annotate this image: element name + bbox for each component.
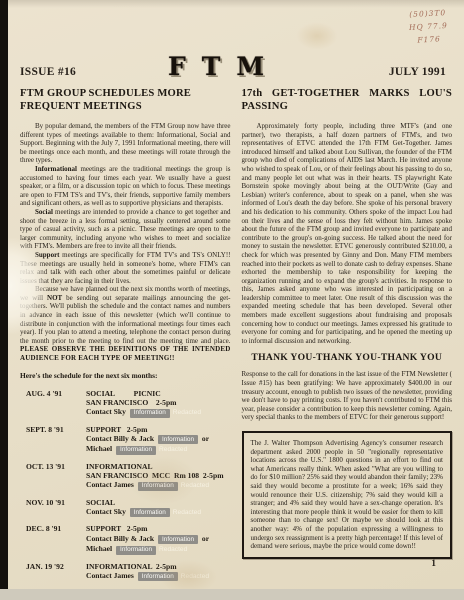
schedule-row-jan: JAN. 19 '92 INFORMATIONAL 2-5pm Contact … <box>26 562 231 582</box>
schedule-date: OCT. 13 '91 <box>26 462 86 491</box>
schedule-type: SOCIAL PICNIC <box>86 389 231 398</box>
bold-caps-warning: PLEASE OBSERVE THE DEFINITIONS OF THE IN… <box>20 345 231 362</box>
masthead: ISSUE #16 FTM JULY 1991 <box>8 0 464 81</box>
schedule-row-nov: NOV. 10 '91 SOCIAL Contact Sky Informati… <box>26 498 231 518</box>
paragraph-text: be sending out separate mailings announc… <box>20 294 231 345</box>
left-headline: FTM GROUP SCHEDULES MORE FREQUENT MEETIN… <box>20 88 231 113</box>
redacted-label: Redacted <box>173 509 201 516</box>
issue-date: JULY 1991 <box>294 66 446 78</box>
survey-note-box: The J. Walter Thompson Advertising Agenc… <box>242 431 453 559</box>
schedule-date: DEC. 8 '91 <box>26 524 86 554</box>
schedule-date: JAN. 19 '92 <box>26 562 86 582</box>
schedule-row-oct: OCT. 13 '91 INFORMATIONAL SAN FRANCISCO … <box>26 462 231 491</box>
paragraph-get-together-report: Approximately forty people, including th… <box>242 122 453 345</box>
schedule-type: INFORMATIONAL <box>86 462 231 471</box>
issue-number: ISSUE #16 <box>20 66 172 78</box>
schedule-location: SAN FRANCISCO MCC Rm 108 2-5pm <box>86 471 231 480</box>
redacted-label: Redacted <box>181 482 209 489</box>
survey-note-text: The J. Walter Thompson Advertising Agenc… <box>251 439 444 551</box>
redaction-chip: Information <box>116 546 156 555</box>
redaction-chip: Information <box>130 508 170 517</box>
contact-name: Michael <box>86 544 114 553</box>
schedule-contact: Contact Sky InformationRedacted <box>86 407 231 418</box>
contact-name: Contact James <box>86 571 136 580</box>
paragraph-meetings-intro: By popular demand, the members of the FT… <box>20 122 231 165</box>
redaction-chip: Information <box>138 572 178 581</box>
bold-lead: Social <box>35 208 53 216</box>
newsletter-page: (50)3T0 HQ 77.9 F176 ISSUE #16 FTM JULY … <box>8 0 464 589</box>
thank-you-heading: THANK YOU-THANK YOU-THANK YOU <box>242 352 453 363</box>
schedule-contact: Contact James InformationRedacted <box>86 571 231 582</box>
schedule-type: INFORMATIONAL 2-5pm <box>86 562 231 571</box>
bold-lead: Support <box>35 251 60 259</box>
schedule-date: NOV. 10 '91 <box>26 498 86 518</box>
paragraph-text: By popular demand, the members of the FT… <box>20 122 231 164</box>
paragraph-schedule-notice: Because we have planned out the next six… <box>20 285 231 362</box>
contact-joiner: or <box>200 434 209 443</box>
call-number-line: HQ 77.9 <box>409 19 448 34</box>
redaction-chip: Information <box>158 535 198 544</box>
redaction-chip: Information <box>130 409 170 418</box>
ftm-logo: FTM <box>158 52 280 81</box>
schedule-date: SEPT. 8 '91 <box>26 425 86 455</box>
page-number: 1 <box>431 559 436 569</box>
schedule-contact: Michael InformationRedacted <box>86 544 231 555</box>
schedule-type: SUPPORT 2-5pm <box>86 524 231 533</box>
redacted-label: Redacted <box>181 573 209 580</box>
schedule-intro: Here's the schedule for the next six mon… <box>20 371 231 380</box>
schedule-contact: Contact Sky InformationRedacted <box>86 507 231 518</box>
paragraph-social: Social meetings are intended to provide … <box>20 208 231 251</box>
redacted-label: Redacted <box>159 546 187 553</box>
contact-joiner: or <box>200 534 209 543</box>
paragraph-informational: Informational meetings are the tradition… <box>20 165 231 208</box>
page-columns: FTM GROUP SCHEDULES MORE FREQUENT MEETIN… <box>8 81 464 589</box>
schedule-date: AUG. 4 '91 <box>26 389 86 418</box>
redacted-label: Redacted <box>173 409 201 416</box>
call-number-line: F176 <box>410 32 449 47</box>
scan-edge-bottom <box>0 589 464 600</box>
schedule-contact: Contact Billy & Jack Information or <box>86 534 231 545</box>
paragraph-support: Support meetings are specifically for FT… <box>20 251 231 285</box>
left-column: FTM GROUP SCHEDULES MORE FREQUENT MEETIN… <box>20 88 231 589</box>
bold-lead: Informational <box>35 165 77 173</box>
redacted-label: Redacted <box>159 446 187 453</box>
contact-name: Contact Sky <box>86 507 128 516</box>
schedule-list: AUG. 4 '91 SOCIAL PICNIC SAN FRANCISCO 2… <box>20 389 231 582</box>
schedule-contact: Contact Billy & Jack Information or <box>86 434 231 445</box>
schedule-row-dec: DEC. 8 '91 SUPPORT 2-5pm Contact Billy &… <box>26 524 231 554</box>
redaction-chip: Information <box>138 482 178 491</box>
schedule-location: SAN FRANCISCO 2-5pm <box>86 398 231 407</box>
schedule-row-aug: AUG. 4 '91 SOCIAL PICNIC SAN FRANCISCO 2… <box>26 389 231 418</box>
contact-name: Contact Sky <box>86 407 128 416</box>
redaction-chip: Information <box>158 435 198 444</box>
right-column: 17th GET-TOGETHER MARKS LOU'S PASSING Ap… <box>242 88 453 589</box>
schedule-contact: Michael InformationRedacted <box>86 444 231 455</box>
scan-edge-left <box>0 0 8 589</box>
contact-name: Contact Billy & Jack <box>86 434 156 443</box>
contact-name: Michael <box>86 444 114 453</box>
schedule-contact: Contact James InformationRedacted <box>86 480 231 491</box>
contact-name: Contact James <box>86 480 136 489</box>
bold-not: NOT <box>47 294 62 302</box>
schedule-type: SOCIAL <box>86 498 231 507</box>
handwritten-call-number: (50)3T0 HQ 77.9 F176 <box>408 6 449 47</box>
schedule-type: SUPPORT 2-5pm <box>86 425 231 434</box>
schedule-row-sept: SEPT. 8 '91 SUPPORT 2-5pm Contact Billy … <box>26 425 231 455</box>
right-headline: 17th GET-TOGETHER MARKS LOU'S PASSING <box>242 88 453 113</box>
redaction-chip: Information <box>116 446 156 455</box>
contact-name: Contact Billy & Jack <box>86 534 156 543</box>
paragraph-donations: Response to the call for donations in th… <box>242 370 453 422</box>
